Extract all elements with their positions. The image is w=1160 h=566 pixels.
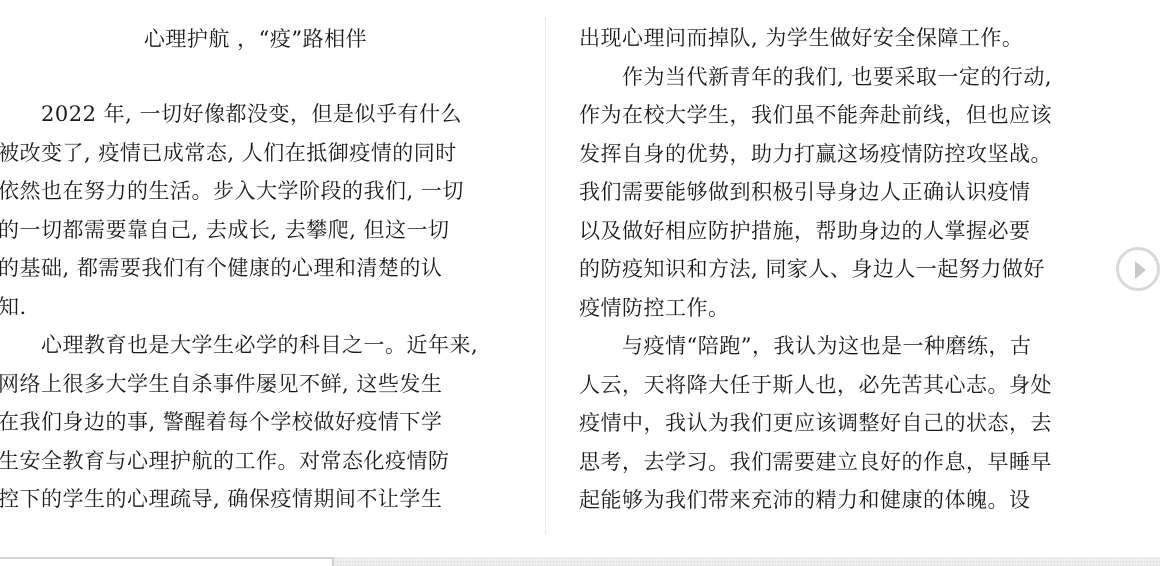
text-line: 心理教育也是大学生必学的科目之一。近年来,: [0, 326, 478, 365]
right-page-body: 出现心理问而掉队, 为学生做好安全保障工作。 作为当代新青年的我们, 也要采取一…: [579, 19, 1052, 520]
text-line: 生安全教育与心理护航的工作。对常态化疫情防: [0, 442, 478, 481]
text-line: 作为当代新青年的我们, 也要采取一定的行动,: [579, 58, 1052, 97]
document-title: 心理护航 ，“疫”路相伴: [0, 20, 513, 58]
text-line: 出现心理问而掉队, 为学生做好安全保障工作。: [579, 19, 1052, 58]
text-line: 人云，天将降大任于斯人也，必先苦其心志。身处: [579, 366, 1052, 405]
document-viewer: 心理护航 ，“疫”路相伴 2022 年, 一切好像都没变，但是似乎有什么 被改变…: [0, 0, 1160, 566]
scrollbar-thumb[interactable]: [0, 557, 334, 566]
text-line: 2022 年, 一切好像都没变，但是似乎有什么: [0, 95, 478, 134]
text-line: 疫情中，我认为我们更应该调整好自己的状态，去: [579, 404, 1052, 443]
text-line: 作为在校大学生，我们虽不能奔赴前线，但也应该: [579, 96, 1052, 135]
text-line: 在我们身边的事, 警醒着每个学校做好疫情下学: [0, 403, 478, 442]
play-arrow-icon: [1135, 261, 1146, 279]
text-line: 网络上很多大学生自杀事件屡见不鲜, 这些发生: [0, 365, 478, 404]
left-page-body: 2022 年, 一切好像都没变，但是似乎有什么 被改变了, 疫情已成常态, 人们…: [0, 95, 478, 519]
text-line: 知.: [0, 288, 478, 327]
text-line: 与疫情“陪跑”，我认为这也是一种磨练，古: [579, 327, 1052, 366]
text-line: 以及做好相应防护措施，帮助身边的人掌握必要: [579, 212, 1052, 251]
text-line: 的一切都需要靠自己, 去成长, 去攀爬, 但这一切: [0, 211, 478, 250]
text-line: 依然也在努力的生活。步入大学阶段的我们, 一切: [0, 172, 478, 211]
next-page-button[interactable]: [1116, 247, 1160, 291]
text-line: 的防疫知识和方法, 同家人、身边人一起努力做好: [579, 250, 1052, 289]
text-line: 控下的学生的心理疏导, 确保疫情期间不让学生: [0, 480, 478, 519]
text-line: 的基础, 都需要我们有个健康的心理和清楚的认: [0, 249, 478, 288]
text-line: 被改变了, 疫情已成常态, 人们在抵御疫情的同时: [0, 134, 478, 173]
text-line: 疫情防控工作。: [579, 289, 1052, 328]
horizontal-scrollbar[interactable]: [0, 557, 1160, 566]
text-line: 发挥自身的优势，助力打赢这场疫情防控攻坚战。: [579, 135, 1052, 174]
text-line: 思考，去学习。我们需要建立良好的作息，早睡早: [579, 443, 1052, 482]
text-line: 我们需要能够做到积极引导身边人正确认识疫情: [579, 173, 1052, 212]
page-divider: [545, 18, 546, 534]
text-line: 起能够为我们带来充沛的精力和健康的体魄。设: [579, 481, 1052, 520]
